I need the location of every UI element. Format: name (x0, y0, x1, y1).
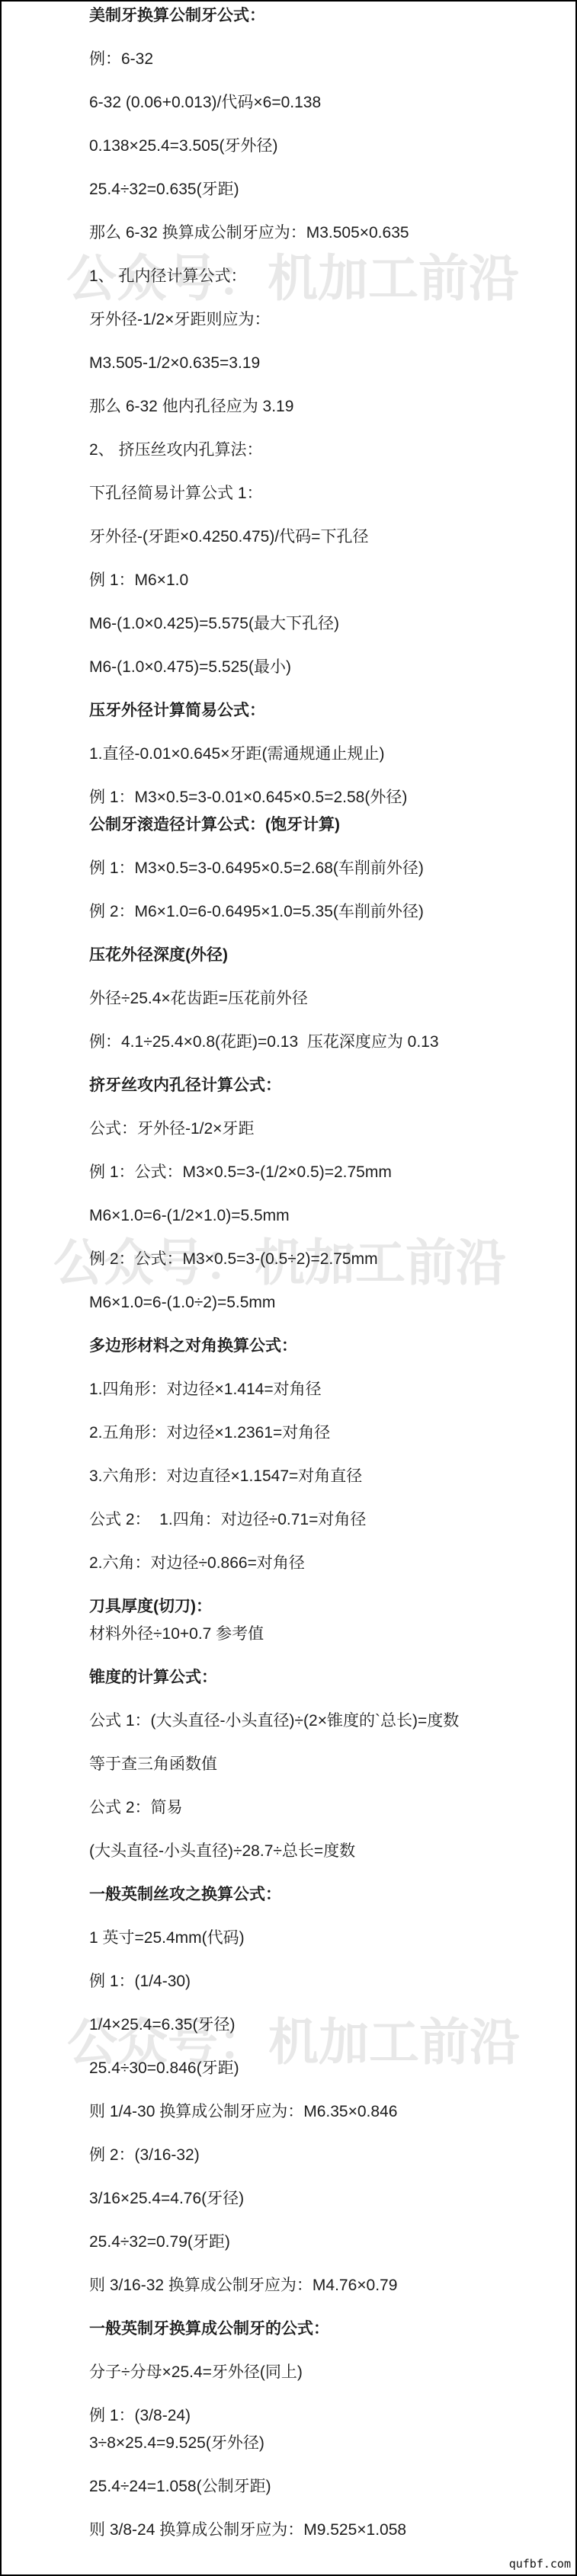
paragraph-line: 2、 挤压丝攻内孔算法： (89, 442, 554, 459)
paragraph-line: 等于查三角函数值 (89, 1756, 554, 1773)
paragraph-line: 例 2：M6×1.0=6-0.6495×1.0=5.35(车削前外径) (89, 904, 554, 920)
paragraph-line: 分子÷分母×25.4=牙外径(同上) (89, 2364, 554, 2381)
section-heading: 挤牙丝攻内孔径计算公式： (89, 1077, 554, 1094)
section-heading: 公制牙滚造径计算公式：(饱牙计算) (89, 817, 554, 834)
paragraph-line: 例 1：(1/4-30) (89, 1973, 554, 1990)
paragraph-line: (大头直径-小头直径)÷28.7÷总长=度数 (89, 1843, 554, 1860)
paragraph-line: 25.4÷30=0.846(牙距) (89, 2060, 554, 2077)
paragraph-line: M6×1.0=6-(1/2×1.0)=5.5mm (89, 1208, 554, 1224)
paragraph-line: 那么 6-32 他内孔径应为 3.19 (89, 398, 554, 415)
paragraph-line: 1 英寸=25.4mm(代码) (89, 1930, 554, 1947)
paragraph-line: 6-32 (0.06+0.013)/代码×6=0.138 (89, 94, 554, 111)
section-heading: 一般英制丝攻之换算公式： (89, 1886, 554, 1903)
paragraph-line: 公式：牙外径-1/2×牙距 (89, 1121, 554, 1138)
paragraph-line: 例 1：M6×1.0 (89, 572, 554, 589)
paragraph-line: 公式 2：简易 (89, 1800, 554, 1816)
paragraph-line: 例：6-32 (89, 51, 554, 68)
paragraph-line: 例：4.1÷25.4×0.8(花距)=0.13 压花深度应为 0.13 (89, 1034, 554, 1051)
paragraph-line: 公式 1：(大头直径-小头直径)÷(2×锥度的`总长)=度数 (89, 1713, 554, 1730)
paragraph-line: 例 1：(3/8-24) (89, 2408, 554, 2424)
paragraph-line: 3÷8×25.4=9.525(牙外径) (89, 2435, 554, 2452)
paragraph-line: 则 3/16-32 换算成公制牙应为：M4.76×0.79 (89, 2277, 554, 2294)
paragraph-line: 1/4×25.4=6.35(牙径) (89, 2017, 554, 2034)
site-watermark: qufbf.com (509, 2557, 571, 2571)
paragraph-line: 2.五角形：对边径×1.2361=对角径 (89, 1425, 554, 1442)
section-heading: 锥度的计算公式： (89, 1669, 554, 1686)
paragraph-line: 25.4÷32=0.635(牙距) (89, 181, 554, 198)
paragraph-line: 例 1：M3×0.5=3-0.6495×0.5=2.68(车削前外径) (89, 860, 554, 877)
section-heading: 压花外径深度(外径) (89, 947, 554, 964)
document-page: 公众号：机加工前沿 公众号：机加工前沿 公众号：机加工前沿 美制牙换算公制牙公式… (0, 0, 577, 2576)
paragraph-line: M3.505-1/2×0.635=3.19 (89, 355, 554, 372)
paragraph-line: 则 3/8-24 换算成公制牙应为：M9.525×1.058 (89, 2522, 554, 2539)
paragraph-line: 则 1/4-30 换算成公制牙应为：M6.35×0.846 (89, 2104, 554, 2120)
paragraph-line: 例 1：公式：M3×0.5=3-(1/2×0.5)=2.75mm (89, 1164, 554, 1181)
paragraph-line: 牙外径-1/2×牙距则应为： (89, 312, 554, 328)
paragraph-line: 0.138×25.4=3.505(牙外径) (89, 138, 554, 155)
paragraph-line: 公式 2： 1.四角：对边径÷0.71=对角径 (89, 1512, 554, 1528)
paragraph-line: 牙外径-(牙距×0.4250.475)/代码=下孔径 (89, 529, 554, 546)
paragraph-line: M6×1.0=6-(1.0÷2)=5.5mm (89, 1294, 554, 1311)
paragraph-line: 材料外径÷10+0.7 参考值 (89, 1626, 554, 1643)
section-heading: 压牙外径计算简易公式： (89, 702, 554, 719)
section-heading: 一般英制牙换算成公制牙的公式： (89, 2321, 554, 2338)
paragraph-line: 那么 6-32 换算成公制牙应为：M3.505×0.635 (89, 225, 554, 242)
paragraph-line: 例 2：(3/16-32) (89, 2147, 554, 2164)
document-content: 美制牙换算公制牙公式：例：6-326-32 (0.06+0.013)/代码×6=… (89, 8, 554, 2565)
paragraph-line: 外径÷25.4×花齿距=压花前外径 (89, 990, 554, 1007)
paragraph-line: 25.4÷32=0.79(牙距) (89, 2234, 554, 2251)
paragraph-line: 1.直径-0.01×0.645×牙距(需通规通止规止) (89, 746, 554, 763)
section-heading: 多边形材料之对角换算公式： (89, 1338, 554, 1355)
paragraph-line: 下孔径简易计算公式 1： (89, 485, 554, 502)
paragraph-line: M6-(1.0×0.425)=5.575(最大下孔径) (89, 616, 554, 632)
paragraph-line: 例 2：公式：M3×0.5=3-(0.5÷2)=2.75mm (89, 1251, 554, 1268)
paragraph-line: 1、 孔内径计算公式： (89, 268, 554, 285)
paragraph-line: 3.六角形：对边直径×1.1547=对角直径 (89, 1468, 554, 1485)
section-heading: 刀具厚度(切刀)： (89, 1598, 554, 1615)
paragraph-line: 25.4÷24=1.058(公制牙距) (89, 2478, 554, 2495)
paragraph-line: M6-(1.0×0.475)=5.525(最小) (89, 659, 554, 676)
paragraph-line: 3/16×25.4=4.76(牙径) (89, 2190, 554, 2207)
paragraph-line: 2.六角：对边径÷0.866=对角径 (89, 1555, 554, 1572)
section-heading: 美制牙换算公制牙公式： (89, 8, 554, 24)
paragraph-line: 例 1：M3×0.5=3-0.01×0.645×0.5=2.58(外径) (89, 789, 554, 806)
paragraph-line: 1.四角形：对边径×1.414=对角径 (89, 1381, 554, 1398)
